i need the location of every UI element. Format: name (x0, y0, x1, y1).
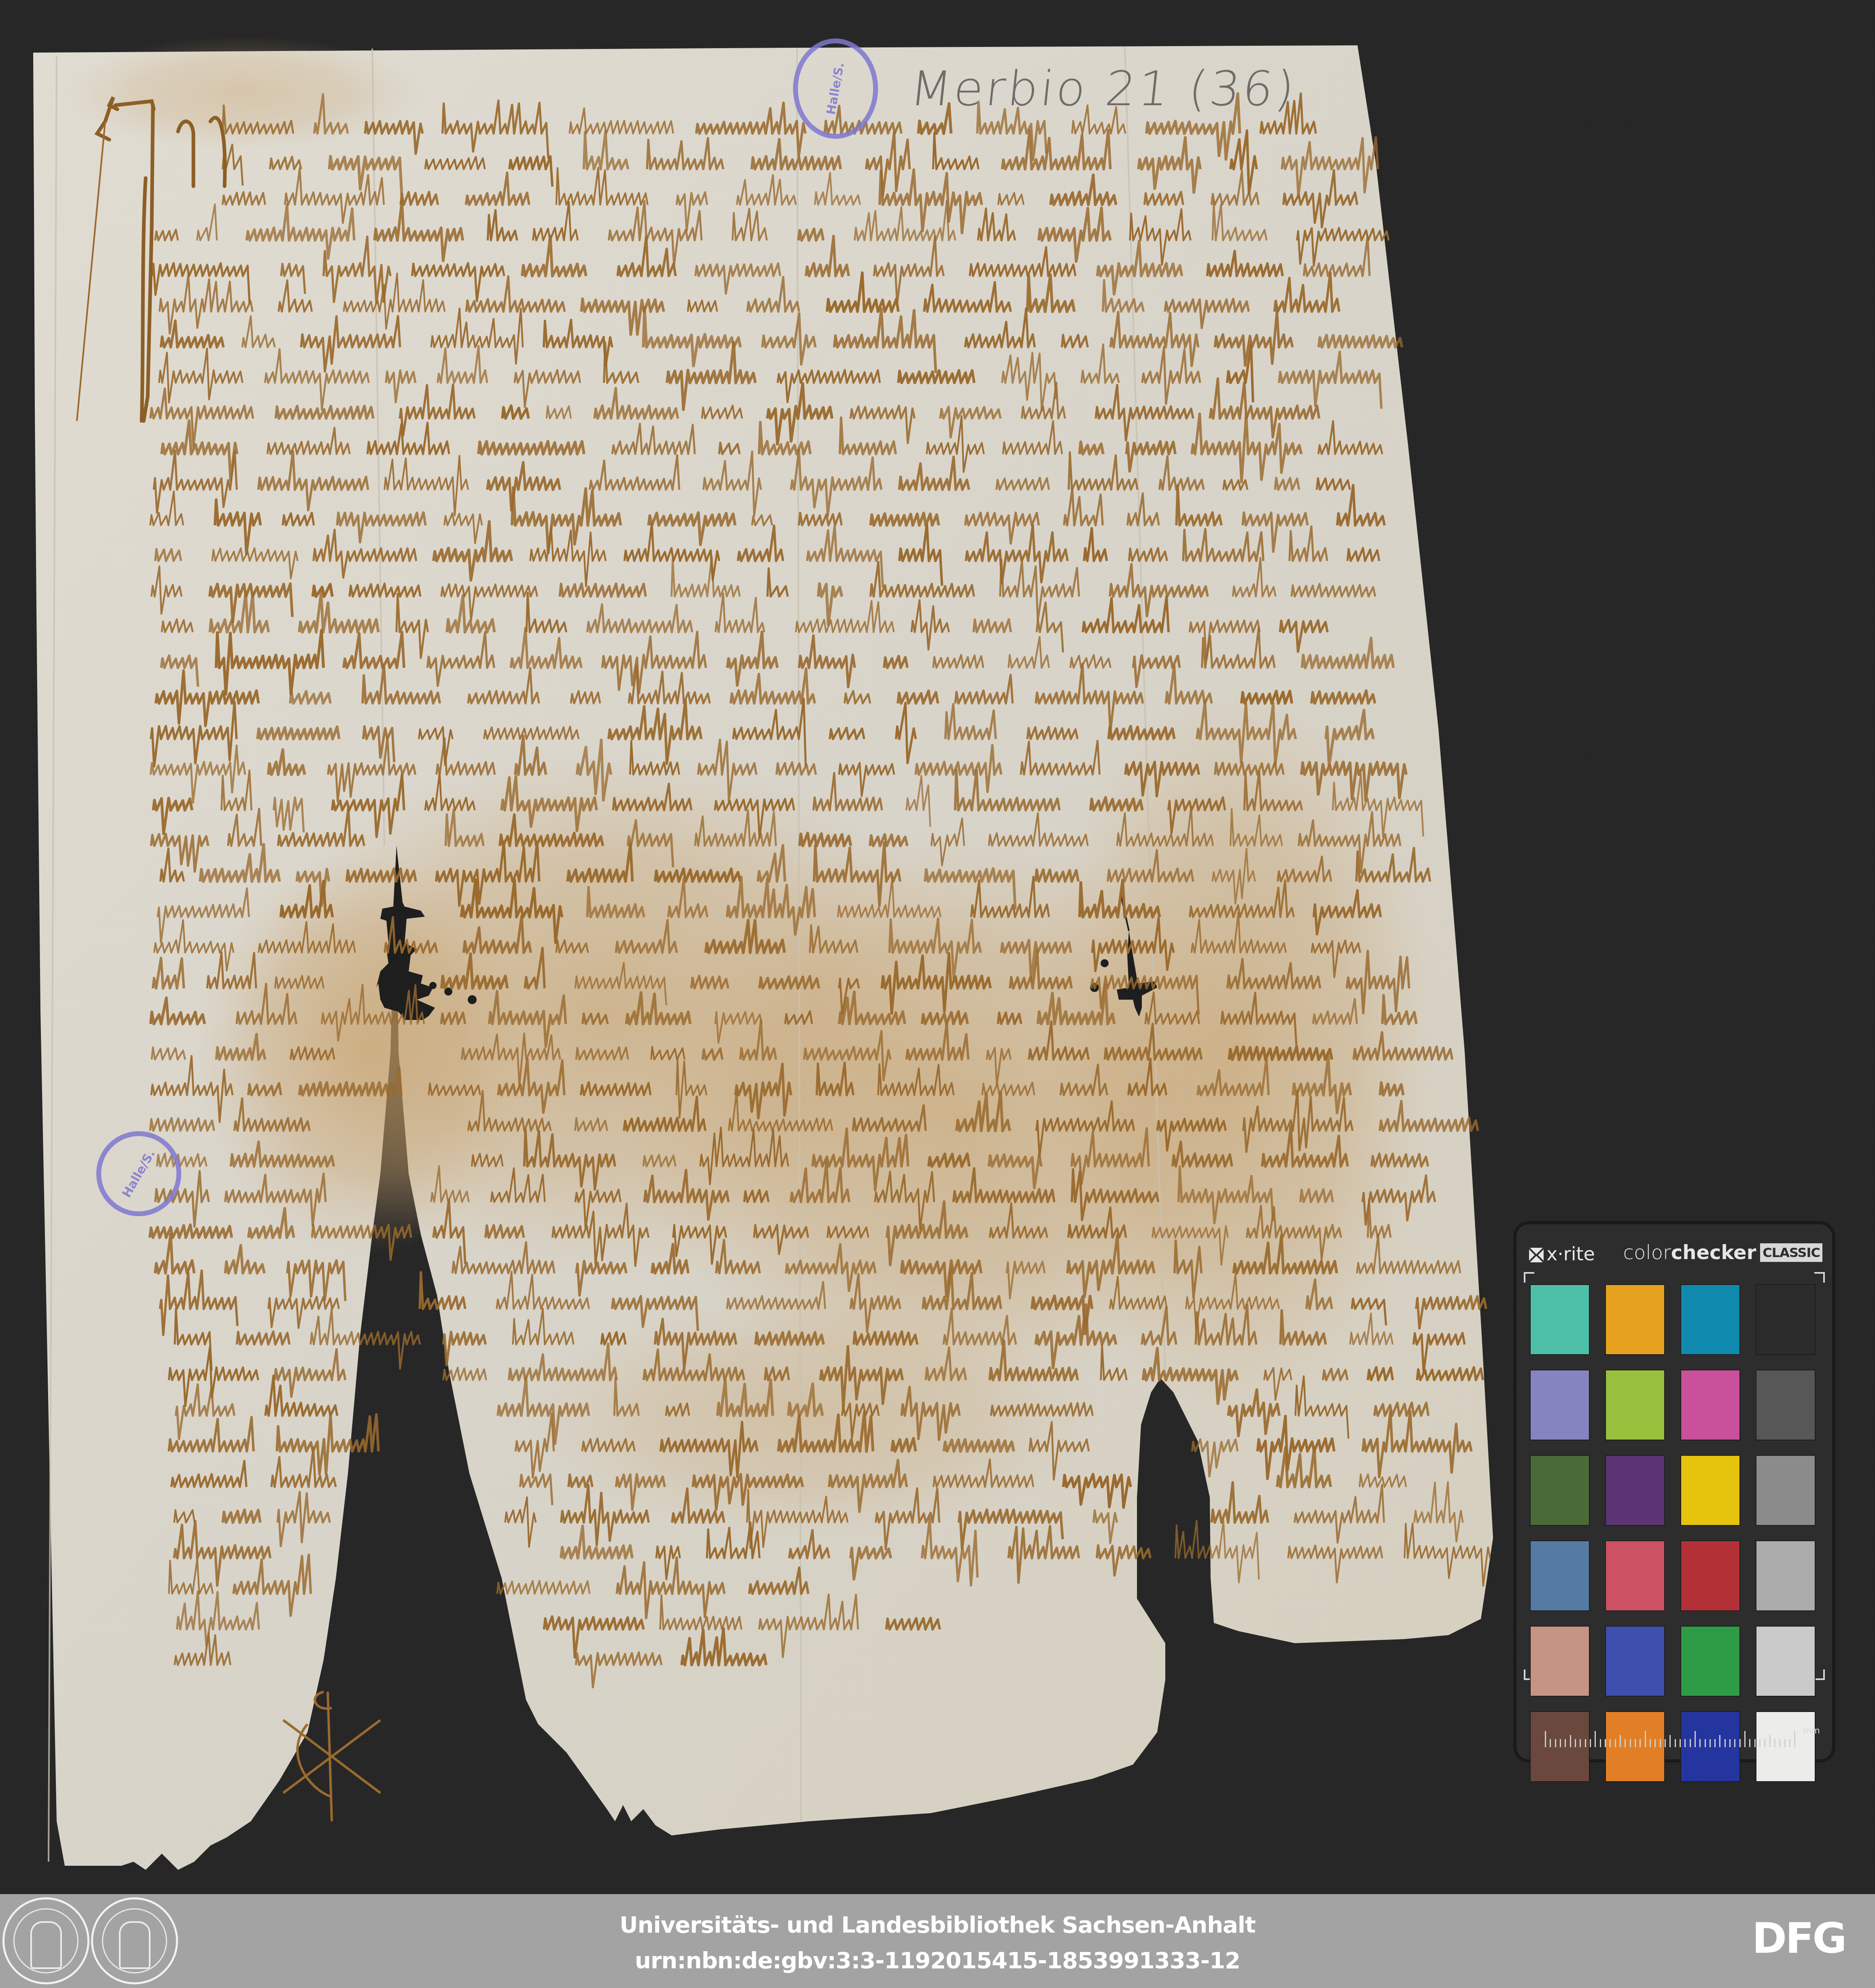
corner-mark-icon (1814, 1272, 1825, 1283)
ruler-tick (1705, 1739, 1706, 1747)
color-swatch (1530, 1455, 1590, 1526)
ruler-tick (1615, 1739, 1616, 1747)
ruler-tick (1734, 1739, 1735, 1747)
ruler-tick (1749, 1739, 1750, 1747)
color-swatch (1756, 1284, 1816, 1355)
urn-identifier: urn:nbn:de:gbv:3:3-1192015415-1853991333… (0, 1948, 1875, 1974)
color-swatch (1605, 1370, 1665, 1440)
ruler-tick (1699, 1739, 1701, 1747)
ruler-tick (1719, 1735, 1720, 1747)
mm-ruler (1545, 1731, 1796, 1747)
ruler-tick (1545, 1731, 1546, 1747)
ruler-tick (1684, 1739, 1686, 1747)
ruler-tick (1640, 1739, 1641, 1747)
ruler-tick (1774, 1739, 1775, 1747)
ruler-tick (1680, 1739, 1681, 1747)
ruler-tick (1575, 1739, 1576, 1747)
ruler-tick (1650, 1739, 1651, 1747)
shelfmark-annotation: Merbio 21 (36) (908, 61, 1300, 117)
color-swatch (1605, 1626, 1665, 1697)
ruler-tick (1555, 1739, 1556, 1747)
color-swatch (1605, 1455, 1665, 1526)
ruler-tick (1739, 1739, 1741, 1747)
ruler-tick (1665, 1739, 1666, 1747)
stamp-center-text: Halle/S. (824, 62, 847, 116)
color-swatch (1680, 1284, 1740, 1355)
classic-badge: CLASSIC (1760, 1243, 1822, 1262)
color-checker-header: x·rite color checker CLASSIC (1517, 1240, 1832, 1269)
library-stamp-top: Halle/S. (793, 38, 878, 139)
color-swatch (1530, 1626, 1590, 1697)
color-swatch-grid (1530, 1284, 1816, 1782)
ruler-tick (1724, 1739, 1726, 1747)
ruler-tick (1630, 1739, 1631, 1747)
corner-mark-icon (1524, 1272, 1534, 1283)
ruler-tick (1610, 1739, 1611, 1747)
ruler-tick (1675, 1739, 1676, 1747)
ruler-tick (1565, 1739, 1566, 1747)
ruler-tick (1600, 1739, 1601, 1747)
ruler-tick (1779, 1739, 1780, 1747)
ruler-tick (1710, 1739, 1711, 1747)
ruler-tick (1764, 1739, 1765, 1747)
xrite-brand-text: x·rite (1546, 1243, 1595, 1265)
ruler-tick (1695, 1731, 1696, 1747)
color-swatch (1680, 1626, 1740, 1697)
dfg-logo: DFG (1752, 1917, 1845, 1959)
color-swatch (1756, 1540, 1816, 1611)
color-swatch (1680, 1455, 1740, 1526)
color-swatch (1530, 1284, 1590, 1355)
ruler-tick (1744, 1731, 1746, 1747)
ruler-tick (1789, 1739, 1790, 1747)
ruler-tick (1605, 1739, 1606, 1747)
color-swatch (1756, 1626, 1816, 1697)
ruler-tick (1635, 1739, 1636, 1747)
ruler-tick (1769, 1735, 1771, 1747)
ruler-tick (1729, 1739, 1731, 1747)
scan-background: Merbio 21 (36) Halle/S. Halle/S. x·rite (0, 0, 1875, 1894)
ruler-unit-label: mm (1803, 1726, 1820, 1736)
color-swatch (1680, 1370, 1740, 1440)
color-swatch (1530, 1370, 1590, 1440)
ruler-tick (1550, 1739, 1551, 1747)
ruler-tick (1585, 1739, 1586, 1747)
ruler-tick (1654, 1739, 1656, 1747)
ruler-tick (1580, 1739, 1581, 1747)
ruler-tick (1754, 1739, 1756, 1747)
ruler-tick (1669, 1735, 1671, 1747)
xrite-brand: x·rite (1529, 1243, 1595, 1265)
color-swatch (1530, 1540, 1590, 1611)
color-swatch (1605, 1284, 1665, 1355)
color-checker-card: x·rite color checker CLASSIC mm (1517, 1224, 1832, 1759)
ruler-tick (1570, 1735, 1571, 1747)
ruler-tick (1560, 1739, 1561, 1747)
stamp-center-text: Halle/S. (119, 1147, 158, 1200)
corner-mark-icon (1814, 1669, 1825, 1680)
colorchecker-title: color checker CLASSIC (1623, 1241, 1822, 1264)
ruler-tick (1595, 1731, 1596, 1747)
color-swatch (1605, 1540, 1665, 1611)
ruler-tick (1625, 1739, 1626, 1747)
color-swatch (1756, 1370, 1816, 1440)
color-swatch (1680, 1540, 1740, 1611)
ruler-tick (1660, 1739, 1661, 1747)
institution-name: Universitäts- und Landesbibliothek Sachs… (0, 1912, 1875, 1938)
ruler-tick (1590, 1739, 1591, 1747)
color-swatch (1756, 1455, 1816, 1526)
ruler-tick (1620, 1735, 1621, 1747)
ruler-tick (1714, 1739, 1716, 1747)
title-light: color (1623, 1241, 1671, 1264)
xrite-logo-icon (1529, 1246, 1544, 1262)
ruler-tick (1759, 1739, 1760, 1747)
ruler-tick (1784, 1739, 1786, 1747)
ruler-tick (1690, 1739, 1691, 1747)
ruler-tick (1645, 1731, 1646, 1747)
library-footer: Universitäts- und Landesbibliothek Sachs… (0, 1894, 1875, 1988)
title-bold: checker (1671, 1241, 1756, 1264)
ruler-tick (1794, 1731, 1795, 1747)
